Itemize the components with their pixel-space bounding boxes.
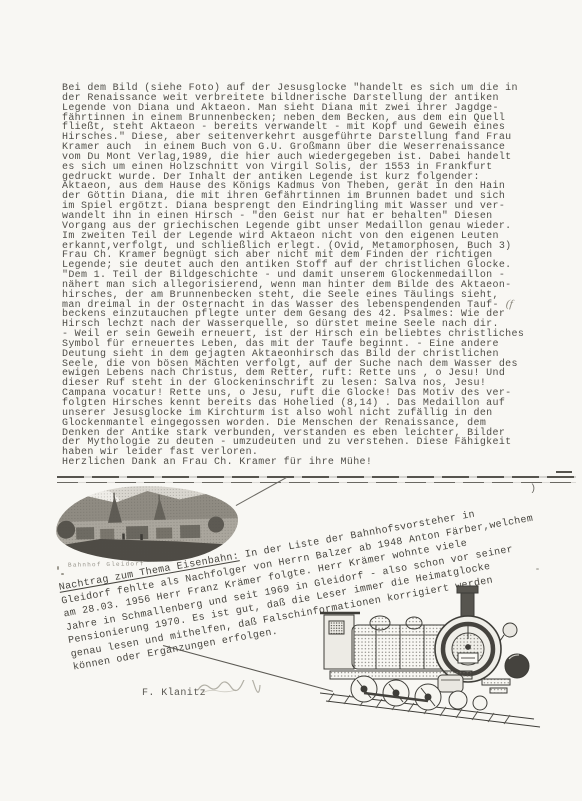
village-photo <box>55 484 239 564</box>
divider-dash <box>556 471 572 473</box>
village-photo-illustration <box>55 484 239 564</box>
locomotive-illustration <box>320 583 542 735</box>
divider-line-top <box>57 476 576 478</box>
article-text: Bei dem Bild (siehe Foto) auf der Jesusg… <box>62 84 532 468</box>
signature-scribble <box>196 680 262 696</box>
steam-locomotive-drawing <box>320 583 542 735</box>
handwritten-margin-note: (f <box>505 298 513 311</box>
stray-paren-mark: ) <box>530 484 536 495</box>
scanned-document-page: Bei dem Bild (siehe Foto) auf der Jesusg… <box>0 0 582 801</box>
scan-speck <box>61 573 64 575</box>
scan-speck <box>536 568 539 570</box>
photo-caption: Bahnhof Gleidorf <box>68 560 145 568</box>
scan-speck <box>57 566 59 570</box>
divider-line-bottom <box>57 482 576 483</box>
